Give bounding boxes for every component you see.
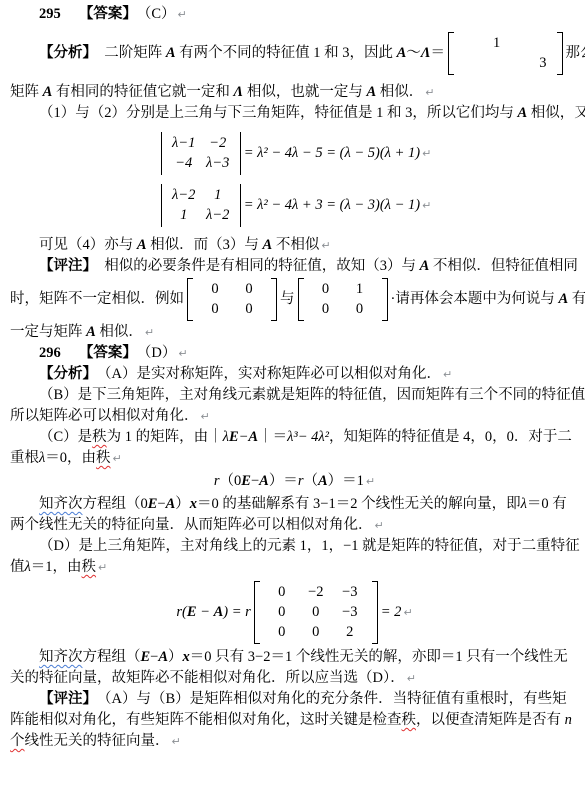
text-run: = 2 (381, 604, 402, 620)
text-run: ＝0，由 (45, 450, 96, 466)
bracket-right (372, 581, 378, 644)
p295-conclusion-line: 可见（4）亦与 A 相似．而（3）与 A 不相似↵ (10, 235, 579, 256)
text-run: A (259, 473, 269, 489)
paragraph-mark: ↵ (145, 326, 154, 339)
text-run: A (318, 473, 328, 489)
text-run: 【答案】 (79, 6, 130, 22)
text-run: 【评注】 (39, 258, 90, 274)
matrix-cell: 1 (167, 206, 201, 225)
p296-analysis-b2: 所以矩阵必可以相似对角化．↵ (10, 406, 579, 427)
matrix-cell: −3 (333, 603, 367, 622)
text-run: 个 (10, 733, 25, 749)
matrix-cell: 1 (343, 280, 377, 299)
text-run: 【答案】 (79, 345, 130, 361)
paragraph-mark: ↵ (178, 347, 187, 360)
text-run: E (141, 649, 151, 665)
matrix-cell: 0 (265, 583, 299, 602)
matrix-cell: λ−2 (167, 186, 201, 205)
text-run: 秩 (92, 429, 107, 445)
text-run: 296 (39, 345, 61, 361)
p296-analysis-b1: （B）是下三角矩阵，主对角线元素就是矩阵的特征值，因而矩阵有三个不同的特征值， (10, 385, 579, 406)
p296-answer-line: 296 【答案】 （D）↵ (10, 343, 579, 364)
text-run (61, 6, 79, 22)
text-run: A (420, 258, 430, 274)
text-run: 有两个不同的特征值 1 和 3，因此 (176, 45, 397, 61)
text-run: A (166, 496, 176, 512)
matrix-cell (505, 34, 551, 53)
paragraph-mark: ↵ (178, 8, 187, 21)
document-page: 295 【答案】 （C）↵ 【分析】 二阶矩阵 A 有两个不同的特征值 1 和 … (0, 0, 585, 752)
matrix-cell: 0 (198, 280, 232, 299)
text-run: Λ (421, 45, 431, 61)
determinant-bar-right (240, 184, 241, 227)
determinant-bar-right (240, 132, 241, 175)
matrix-cell: 0 (309, 280, 343, 299)
text-run: 【评注】 (39, 691, 90, 707)
text-run: = λ² − 4λ − 5 = (λ − 5)(λ + 1) (244, 145, 420, 161)
text-run: （A）是实对称矩阵，实对称矩阵必可以相似对角化． (90, 366, 441, 382)
text-run: 秩 (96, 450, 111, 466)
matrix-cell (459, 54, 505, 73)
p295-analysis-line1: 【分析】 二阶矩阵 A 有两个不同的特征值 1 和 3，因此 A～Λ＝13那么只… (10, 31, 579, 76)
text-run: 方程组（0 (83, 496, 148, 512)
paragraph-mark: ↵ (403, 606, 412, 619)
matrix-E-minus-A: 0−2−300−3002 (254, 581, 378, 644)
matrix-cell: −3 (333, 583, 367, 602)
text-run: ＝0 的基础解系有 3−1＝2 个线性无关的解向量，即 (197, 496, 521, 512)
text-run: （C） (130, 6, 176, 22)
matrix-cells: λ−1−2−4λ−3 (162, 132, 240, 175)
text-run: 有相同的特征值它就一定和 (52, 84, 233, 100)
text-run: 方程组（ (83, 649, 141, 665)
nilpotent-matrix: 0100 (298, 278, 388, 321)
char-matrix-2: λ−211λ−2 (161, 184, 241, 227)
p296-analysis-d3: 知齐次方程组（E−A）x＝0 只有 3−2＝1 个线性无关的解，亦即＝1 只有一… (10, 647, 579, 668)
diagonal-matrix-1-3: 13 (448, 32, 563, 75)
text-run: ｜＝ (258, 429, 287, 445)
matrix-cell: 1 (459, 34, 505, 53)
text-run: = λ² − 4λ + 3 = (λ − 3)(λ − 1) (244, 197, 420, 213)
paragraph-mark: ↵ (422, 147, 431, 160)
text-run: A (397, 45, 407, 61)
p296-analysis-a: 【分析】 （A）是实对称矩阵，实对称矩阵必可以相似对角化．↵ (10, 364, 579, 385)
text-run: 为 1 的矩阵，由｜ (107, 429, 223, 445)
matrix-cell: 0 (265, 623, 299, 642)
text-run: 秩 (402, 712, 417, 728)
p295-answer-line: 295 【答案】 （C）↵ (10, 4, 579, 25)
paragraph-mark: ↵ (422, 199, 431, 212)
formula-rank-0E-A: r（0E−A）＝r（A）＝1↵ (10, 471, 579, 492)
text-run: 重根 (10, 450, 39, 466)
text-run: 关的特征向量，故矩阵必不能相似对角化．所以应当选（D）． (10, 670, 405, 686)
text-run: A (248, 429, 258, 445)
p296-analysis-c4: 两个线性无关的特征向量．从而矩阵必可以相似对角化．↵ (10, 515, 579, 536)
text-run: 相似．而（3）与 (147, 237, 263, 253)
matrix-cell: −2 (299, 583, 333, 602)
text-run: E (148, 496, 158, 512)
text-run: x (183, 649, 190, 665)
text-run: E (187, 604, 197, 620)
text-run: 阵能相似对角化，有些矩阵不能相似对角化，这时关键是检查 (10, 712, 402, 728)
matrix-cell: 0 (232, 300, 266, 319)
text-run: A (263, 237, 273, 253)
formula-determinant-1: λ−1−2−4λ−3= λ² − 4λ − 5 = (λ − 5)(λ + 1)… (10, 131, 579, 176)
p295-note-line3: 一定与矩阵 A 相似．↵ (10, 322, 579, 343)
text-run: 相似的必要条件是有相同的特征值，故知（3）与 (90, 258, 420, 274)
text-run: ＝1，由 (31, 559, 82, 575)
matrix-cells: λ−211λ−2 (162, 184, 240, 227)
p296-analysis-d2: 值λ＝1，由秩↵ (10, 557, 579, 578)
p296-analysis-c1: （C）是秩为 1 的矩阵，由｜λE−A｜＝λ³− 4λ²，知矩阵的特征值是 4，… (10, 427, 579, 448)
matrix-cell: 0 (343, 300, 377, 319)
text-run: 两个线性无关的特征向量．从而矩阵必可以相似对角化． (10, 517, 373, 533)
matrix-cell: 0 (232, 280, 266, 299)
text-run: A (558, 291, 568, 307)
text-run: （A）与（B）是矩阵相似对角化的充分条件．当特征值有重根时，有些矩 (90, 691, 567, 707)
text-run: − (197, 604, 214, 620)
p296-analysis-c2: 重根λ＝0，由秩↵ (10, 448, 579, 469)
text-run: 二阶矩阵 (90, 45, 166, 61)
text-run: （ (303, 473, 318, 489)
text-run: ）＝ (269, 473, 298, 489)
matrix-cell: 0 (299, 603, 333, 622)
text-run: ＝ (431, 45, 446, 61)
text-run: （B）是下三角矩阵，主对角线元素就是矩阵的特征值，因而矩阵有三个不同的特征值， (39, 387, 585, 403)
text-run: 可见（4）亦与 (39, 237, 137, 253)
p296-analysis-d1: （D）是上三角矩阵，主对角线上的元素 1，1，−1 就是矩阵的特征值，对于二重特… (10, 536, 579, 557)
matrix-cell: 3 (505, 54, 551, 73)
text-run: 有相同特征值就 (568, 291, 585, 307)
text-run: 线性无关的特征向量． (25, 733, 170, 749)
text-run: ，知矩阵的特征值是 4，0，0．对于二 (329, 429, 572, 445)
p295-note-line1: 【评注】 相似的必要条件是有相同的特征值，故知（3）与 A 不相似．但特征值相同 (10, 256, 579, 277)
text-run: − (251, 473, 259, 489)
text-run: ） (168, 649, 183, 665)
paragraph-mark: ↵ (321, 239, 330, 252)
text-run: （D）是上三角矩阵，主对角线上的元素 1，1，−1 就是矩阵的特征值，对于二重特… (39, 538, 580, 554)
matrix-cells: 0100 (304, 278, 382, 321)
text-run: 时，矩阵不一定相似．例如 (10, 291, 184, 307)
p296-analysis-c3: 知齐次方程组（0E−A）x＝0 的基础解系有 3−1＝2 个线性无关的解向量，即… (10, 494, 579, 515)
text-run: A (43, 84, 53, 100)
text-run (61, 345, 79, 361)
text-run: ）＝1 (328, 473, 364, 489)
paragraph-mark: ↵ (443, 368, 452, 381)
paragraph-mark: ↵ (407, 672, 416, 685)
formula-determinant-2: λ−211λ−2= λ² − 4λ + 3 = (λ − 3)(λ − 1)↵ (10, 183, 579, 228)
matrix-cell: λ−2 (201, 206, 235, 225)
text-run: 相似，又 (527, 105, 585, 121)
text-run: 知齐次 (39, 496, 83, 512)
bracket-right (382, 278, 388, 321)
text-run: 不相似．但特征值相同 (429, 258, 578, 274)
text-run: A (86, 324, 96, 340)
text-run: λ³− 4λ² (287, 429, 329, 445)
matrix-cells: 0−2−300−3002 (260, 581, 372, 644)
text-run: A (166, 45, 176, 61)
text-run: 295 (39, 6, 61, 22)
text-run: （D） (130, 345, 177, 361)
matrix-cell: 0 (265, 603, 299, 622)
text-run: 与 (280, 291, 295, 307)
bracket-right (557, 32, 563, 75)
paragraph-mark: ↵ (98, 561, 107, 574)
matrix-cell: −4 (167, 154, 201, 173)
text-run: 秩 (82, 559, 97, 575)
text-run: ，以便查清矩阵是否有 (416, 712, 565, 728)
paragraph-mark: ↵ (113, 452, 122, 465)
paragraph-mark: ↵ (375, 519, 384, 532)
bracket-right (271, 278, 277, 321)
text-run: E (229, 429, 239, 445)
text-run: ＝0 只有 3−2＝1 个线性无关的解，亦即＝1 只有一个线性无 (190, 649, 568, 665)
text-run: 值 (10, 559, 25, 575)
text-run: 相似． (96, 324, 143, 340)
p296-note-line1: 【评注】 （A）与（B）是矩阵相似对角化的充分条件．当特征值有重根时，有些矩 (10, 689, 579, 710)
matrix-cell: −2 (201, 134, 235, 153)
text-run: 矩阵 (10, 84, 43, 100)
text-run: E (241, 473, 251, 489)
paragraph-mark: ↵ (425, 86, 434, 99)
matrix-cell: λ−3 (201, 154, 235, 173)
matrix-cell: λ−1 (167, 134, 201, 153)
text-run: ) = (223, 604, 245, 620)
text-run: 那么只要和 (566, 45, 585, 61)
matrix-cell: 2 (333, 623, 367, 642)
matrix-cells: 0000 (193, 278, 271, 321)
text-run: （1）与（2）分别是上三角与下三角矩阵，特征值是 1 和 3，所以它们均与 (39, 105, 518, 121)
formula-rank-E-A: r(E − A) = r0−2−300−3002= 2↵ (10, 580, 579, 645)
text-run: − (157, 496, 165, 512)
p296-note-line2: 阵能相似对角化，有些矩阵不能相似对角化，这时关键是检查秩，以便查清矩阵是否有 n (10, 710, 579, 731)
text-run: r (245, 604, 251, 620)
matrix-cells: 13 (454, 32, 557, 75)
matrix-cell: 0 (299, 623, 333, 642)
text-run: x (190, 496, 197, 512)
text-run: 【分析】 (39, 366, 90, 382)
p296-note-line3: 个线性无关的特征向量．↵ (10, 731, 579, 752)
char-matrix-1: λ−1−2−4λ−3 (161, 132, 241, 175)
text-run: A (158, 649, 168, 665)
text-run: ·请再体会本题中为何说与 (391, 291, 559, 307)
paragraph-mark: ↵ (201, 410, 210, 423)
text-run: 相似，也就一定与 (243, 84, 366, 100)
text-run: A (366, 84, 376, 100)
p295-note-line2: 时，矩阵不一定相似．例如0000与0100·请再体会本题中为何说与 A 有相同特… (10, 277, 579, 322)
text-run: 知齐次 (39, 649, 83, 665)
text-run: − (239, 429, 249, 445)
zero-matrix: 0000 (187, 278, 277, 321)
matrix-cell: 0 (198, 300, 232, 319)
p296-analysis-d4: 关的特征向量，故矩阵必不能相似对角化．所以应当选（D）．↵ (10, 668, 579, 689)
text-run: （0 (220, 473, 242, 489)
text-run: A (137, 237, 147, 253)
paragraph-mark: ↵ (366, 475, 375, 488)
p295-analysis-line2: 矩阵 A 有相同的特征值它就一定和 Λ 相似，也就一定与 A 相似．↵ (10, 82, 579, 103)
text-run: 【分析】 (39, 45, 90, 61)
text-run: （C）是 (39, 429, 92, 445)
text-run: 所以矩阵必可以相似对角化． (10, 408, 199, 424)
matrix-cell: 1 (201, 186, 235, 205)
text-run: Λ (234, 84, 244, 100)
p295-analysis-line3: （1）与（2）分别是上三角与下三角矩阵，特征值是 1 和 3，所以它们均与 A … (10, 103, 579, 124)
text-run: ＝0 有 (527, 496, 567, 512)
text-run: ～ (406, 45, 421, 61)
text-run: A (214, 604, 224, 620)
text-run: 不相似 (272, 237, 319, 253)
text-run: 相似． (376, 84, 423, 100)
text-run: n (565, 712, 572, 728)
text-run: A (518, 105, 528, 121)
text-run: 一定与矩阵 (10, 324, 86, 340)
text-run: ） (175, 496, 190, 512)
paragraph-mark: ↵ (172, 735, 181, 748)
matrix-cell: 0 (309, 300, 343, 319)
